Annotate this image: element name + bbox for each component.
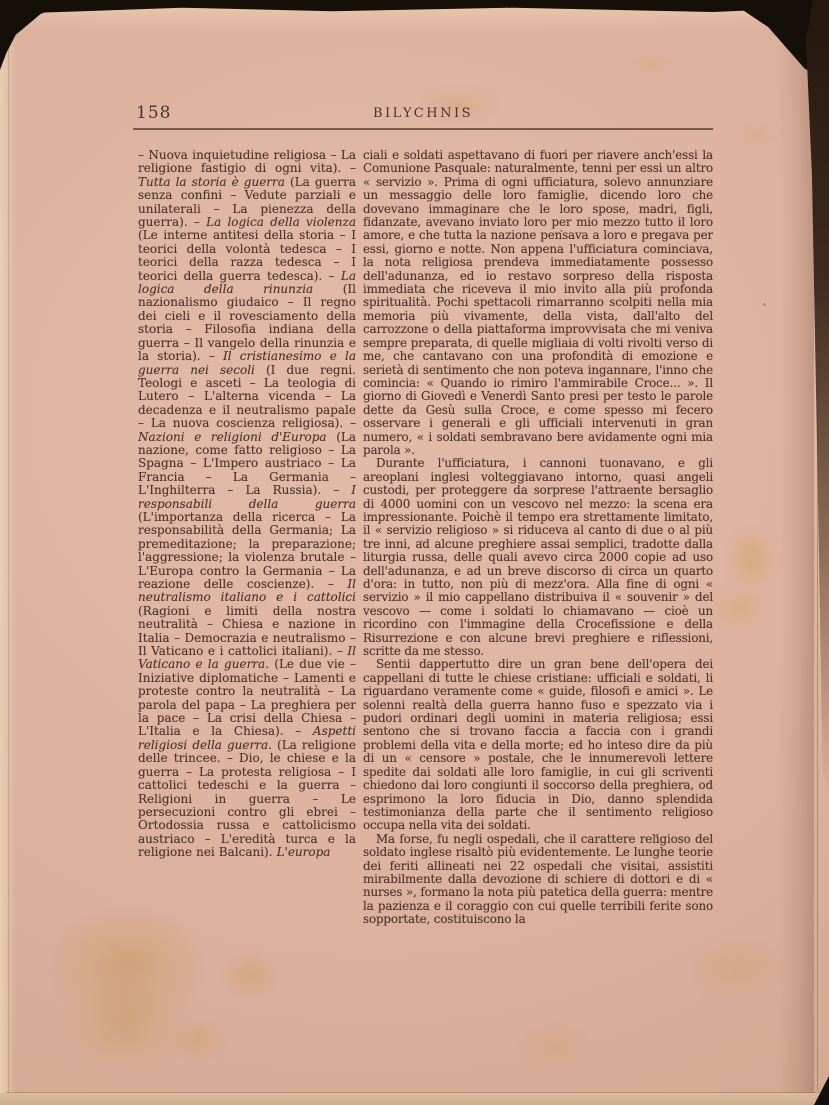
index-entry-title: Tutta la storia è guerra bbox=[138, 175, 285, 189]
body-paragraph: Durante l'ufficiatura, i cannoni tuonava… bbox=[363, 457, 713, 658]
body-paragraph: Sentii dappertutto dire un gran bene del… bbox=[363, 658, 713, 832]
index-entry-text: . (La religione delle trincee. – Dio, le… bbox=[138, 738, 356, 859]
index-entry-title: Nazioni e religioni d'Europa bbox=[138, 430, 327, 444]
journal-title: BILYCHNIS bbox=[133, 106, 713, 121]
under-page-strip bbox=[0, 1093, 829, 1105]
index-entry-text: (L'importanza della ricerca – La respons… bbox=[138, 510, 356, 591]
left-column: – Nuova inquietudine religiosa – La reli… bbox=[138, 149, 356, 929]
scanned-page-photo: 158 BILYCHNIS – Nuova inquietudine relig… bbox=[0, 0, 829, 1105]
body-paragraph: ciali e soldati aspettavano di fuori per… bbox=[363, 149, 713, 457]
right-column: ciali e soldati aspettavano di fuori per… bbox=[363, 149, 713, 929]
index-entry-title: La logica della violenza bbox=[206, 215, 356, 229]
page-curvature-shadow bbox=[778, 0, 814, 1105]
ink-speck bbox=[763, 303, 766, 306]
paper-left-edge-line bbox=[8, 20, 9, 1100]
body-paragraph: Ma forse, fu negli ospedali, che il cara… bbox=[363, 833, 713, 927]
text-block: – Nuova inquietudine religiosa – La reli… bbox=[138, 149, 713, 929]
index-entry-text: – Nuova inquietudine religiosa – La reli… bbox=[138, 149, 356, 175]
index-entry-title: L'europa bbox=[277, 845, 331, 859]
index-entry-text: (Ragioni e limiti della nostra neutralit… bbox=[138, 604, 356, 658]
index-entry-text: (Le interne antitesi della storia – I te… bbox=[138, 228, 356, 282]
header-rule bbox=[133, 128, 713, 130]
